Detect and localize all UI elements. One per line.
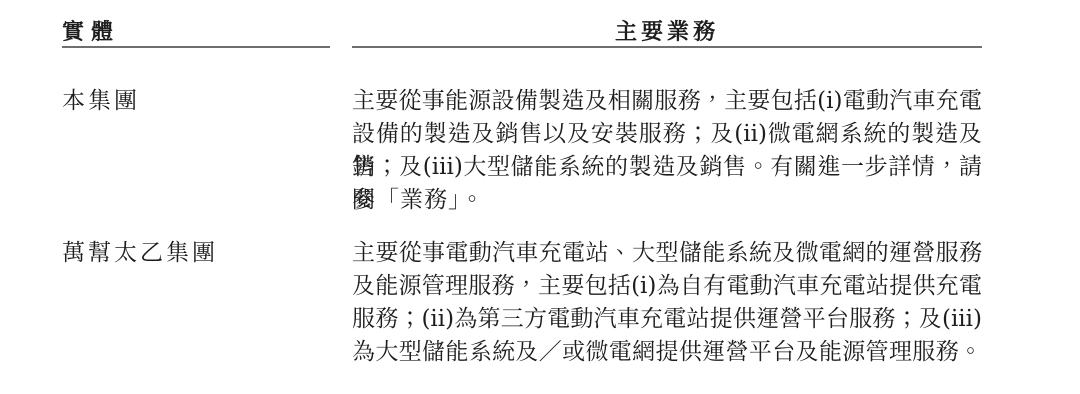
business-text-line: 及能源管理服務，主要包括(i)為自有電動汽車充電站提供充電 xyxy=(352,270,982,303)
table-row-2-business: 主要從事電動汽車充電站、大型儲能系統及微電網的運營服務 及能源管理服務，主要包括… xyxy=(352,237,982,369)
entity-header-label: 實體 xyxy=(62,19,120,45)
business-text-line: 為大型儲能系統及／或微電網提供運營平台及能源管理服務。 xyxy=(352,336,982,369)
table-row-1-entity: 本集團 xyxy=(62,85,330,118)
business-header-label: 主要業務 xyxy=(615,19,719,45)
business-text-line: 主要從事電動汽車充電站、大型儲能系統及微電網的運營服務 xyxy=(352,237,982,270)
entity-name-group: 本集團 xyxy=(62,88,140,114)
business-text-line: 閱「業務」。 xyxy=(352,184,982,217)
business-text-line: 服務；(ii)為第三方電動汽車充電站提供運營平台服務；及(iii) xyxy=(352,303,982,336)
prospectus-table-page: 實體 主要業務 本集團 主要從事能源設備製造及相關服務，主要包括(i)電動汽車充… xyxy=(0,0,1080,394)
entity-name-wanbang-taiyi-group: 萬幫太乙集團 xyxy=(62,240,218,266)
business-text-line: 主要從事能源設備製造及相關服務，主要包括(i)電動汽車充電 xyxy=(352,85,982,118)
entity-column-header: 實體 xyxy=(62,19,330,48)
business-text-line: 售；及(iii)大型儲能系統的製造及銷售。有關進一步詳情，請參 xyxy=(352,151,982,184)
table-row-2-entity: 萬幫太乙集團 xyxy=(62,237,330,270)
business-column-header: 主要業務 xyxy=(352,19,982,48)
business-text-line: 設備的製造及銷售以及安裝服務；及(ii)微電網系統的製造及銷 xyxy=(352,118,982,151)
table-row-1-business: 主要從事能源設備製造及相關服務，主要包括(i)電動汽車充電 設備的製造及銷售以及… xyxy=(352,85,982,217)
